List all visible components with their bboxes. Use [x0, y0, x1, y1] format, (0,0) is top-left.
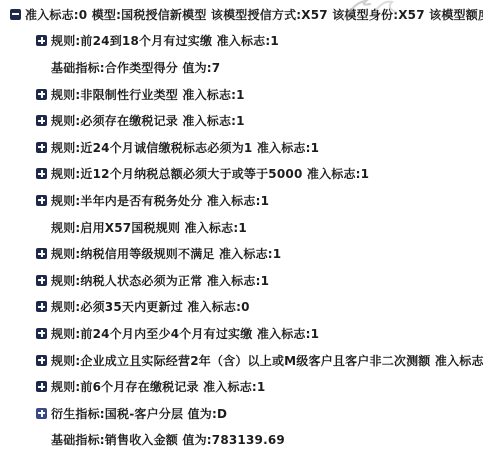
expand-icon[interactable]: [36, 328, 47, 339]
tree-row-text: 规则:半年内是否有税务处分 准入标志:1: [51, 192, 269, 209]
tree-row: 规则:半年内是否有税务处分 准入标志:1: [0, 187, 483, 214]
tree-row-text: 规则:纳税信用等级规则不满足 准入标志:1: [51, 245, 281, 262]
tree-row: 规则:前24到18个月有过实缴 准入标志:1: [0, 28, 483, 55]
expand-icon[interactable]: [36, 89, 47, 100]
tree-row-text: 规则:启用X57国税规则 准入标志:1: [51, 219, 247, 236]
tree-row-text: 规则:企业成立且实际经营2年（含）以上或M级客户且客户非二次测额 准入标志:1: [51, 352, 483, 369]
tree-row: 规则:纳税人状态必须为正常 准入标志:1: [0, 267, 483, 294]
tree-row-text: 基础指标:合作类型得分 值为:7: [51, 59, 220, 76]
tree-row: 规则:前24个月内至少4个月有过实缴 准入标志:1: [0, 320, 483, 347]
tree-row: 规则:纳税信用等级规则不满足 准入标志:1: [0, 240, 483, 267]
expand-icon[interactable]: [36, 195, 47, 206]
tree-row-text: 规则:前24到18个月有过实缴 准入标志:1: [51, 32, 279, 49]
tree-row: 规则:近12个月纳税总额必须大于或等于5000 准入标志:1: [0, 161, 483, 188]
tree-row-text: 规则:非限制性行业类型 准入标志:1: [51, 86, 245, 103]
expand-icon[interactable]: [36, 142, 47, 153]
tree-row: 规则:启用X57国税规则 准入标志:1: [0, 214, 483, 241]
tree-row-text: 规则:前24个月内至少4个月有过实缴 准入标志:1: [51, 325, 319, 342]
tree-row: 规则:企业成立且实际经营2年（含）以上或M级客户且客户非二次测额 准入标志:1: [0, 347, 483, 374]
expand-icon[interactable]: [36, 381, 47, 392]
tree-row: 规则:必须存在缴税记录 准入标志:1: [0, 107, 483, 134]
collapse-icon[interactable]: [10, 9, 21, 20]
tree-row-text: 规则:近12个月纳税总额必须大于或等于5000 准入标志:1: [51, 165, 369, 182]
tree-row-text: 衍生指标:国税-客户分层 值为:D: [51, 405, 227, 422]
tree-row: 规则:近24个月诚信缴税标志必须为1 准入标志:1: [0, 134, 483, 161]
expand-icon[interactable]: [36, 408, 47, 419]
rule-tree-panel: 准入标志:0 模型:国税授信新模型 该模型授信方式:X57 该模型身份:X57 …: [0, 0, 483, 453]
tree-row: 规则:前6个月存在缴税记录 准入标志:1: [0, 373, 483, 400]
expand-icon[interactable]: [36, 355, 47, 366]
expand-icon[interactable]: [36, 275, 47, 286]
tree-row: 准入标志:0 模型:国税授信新模型 该模型授信方式:X57 该模型身份:X57 …: [0, 1, 483, 28]
tree-row-text: 规则:必须存在缴税记录 准入标志:1: [51, 112, 245, 129]
expand-icon[interactable]: [36, 35, 47, 46]
tree-row-text: 规则:必须35天内更新过 准入标志:0: [51, 298, 250, 315]
tree-row: 基础指标:销售收入金额 值为:783139.69: [0, 427, 483, 453]
tree-row: 规则:非限制性行业类型 准入标志:1: [0, 81, 483, 108]
expand-icon[interactable]: [36, 301, 47, 312]
tree-row-text: 基础指标:销售收入金额 值为:783139.69: [51, 431, 285, 448]
tree-row: 规则:必须35天内更新过 准入标志:0: [0, 294, 483, 321]
tree-row-text: 规则:近24个月诚信缴税标志必须为1 准入标志:1: [51, 139, 319, 156]
tree-row-text: 准入标志:0 模型:国税授信新模型 该模型授信方式:X57 该模型身份:X57 …: [25, 6, 483, 23]
tree-row: 衍生指标:国税-客户分层 值为:D: [0, 400, 483, 427]
tree-row: 基础指标:合作类型得分 值为:7: [0, 54, 483, 81]
expand-icon[interactable]: [36, 168, 47, 179]
tree-row-text: 规则:前6个月存在缴税记录 准入标志:1: [51, 378, 265, 395]
expand-icon[interactable]: [36, 248, 47, 259]
tree-row-text: 规则:纳税人状态必须为正常 准入标志:1: [51, 272, 269, 289]
expand-icon[interactable]: [36, 115, 47, 126]
